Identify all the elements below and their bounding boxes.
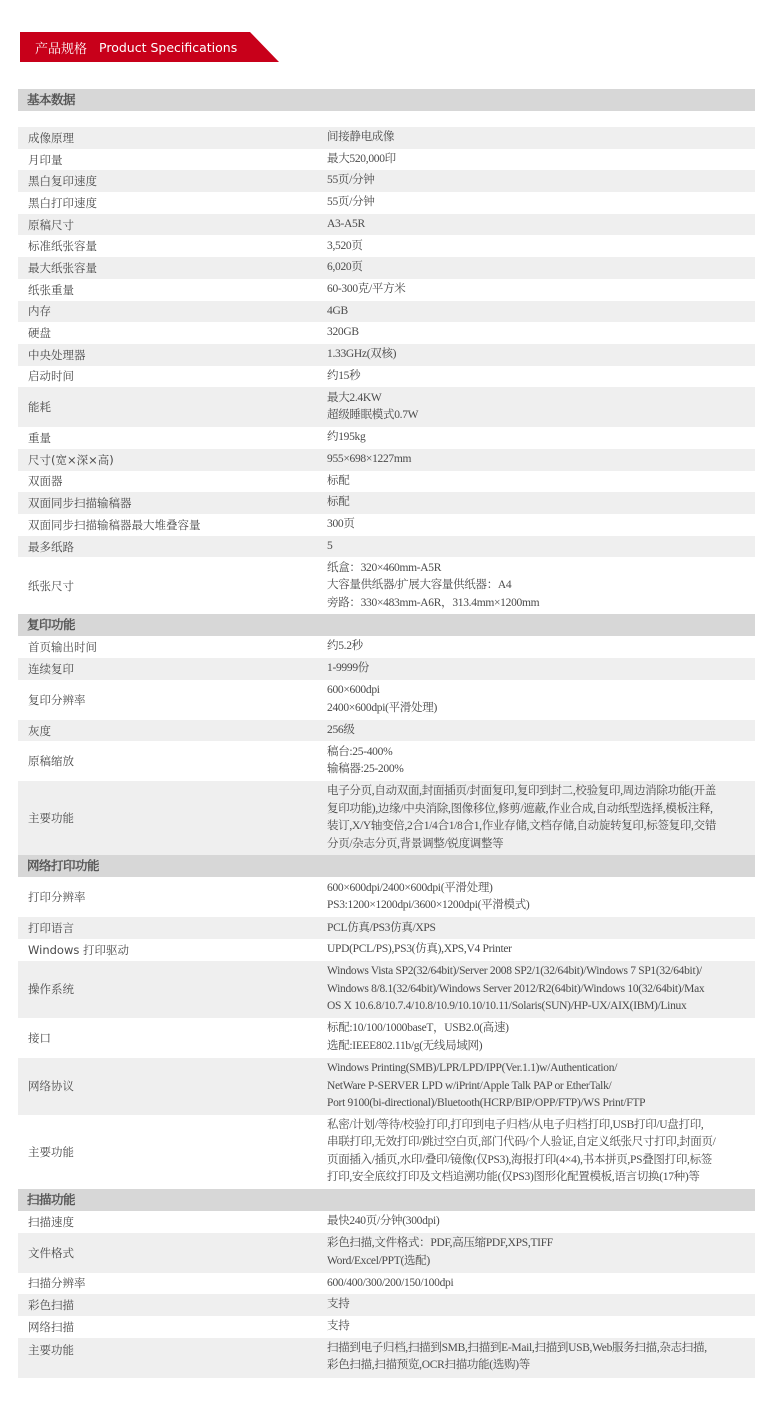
spec-row: 纸张重量60-300克/平方米 (18, 279, 755, 301)
spec-label: 尺寸(宽×深×高) (18, 452, 327, 468)
spec-value-line: 标配:10/100/1000baseT，USB2.0(高速) (327, 1020, 755, 1038)
spec-row: 双面同步扫描输稿器标配 (18, 492, 755, 514)
spec-value-line: 55页/分钟 (327, 194, 755, 212)
spec-value: 1-9999份 (327, 658, 755, 680)
spec-value: PCL仿真/PS3仿真/XPS (327, 918, 755, 940)
spec-value: 标配 (327, 471, 755, 493)
spec-row: 重量约195kg (18, 427, 755, 449)
spec-row: 硬盘320GB (18, 322, 755, 344)
spec-row: 启动时间约15秒 (18, 366, 755, 388)
spec-value: 扫描到电子归档,扫描到SMB,扫描到E-Mail,扫描到USB,Web服务扫描,… (327, 1338, 755, 1377)
spec-label: 接口 (18, 1030, 327, 1046)
spec-label: 内存 (18, 303, 327, 319)
spec-label: 双面同步扫描输稿器最大堆叠容量 (18, 517, 327, 533)
spec-row: 灰度256级 (18, 720, 755, 742)
spec-value-line: 6,020页 (327, 259, 755, 277)
spec-value-line: 支持 (327, 1296, 755, 1314)
spec-value: 4GB (327, 301, 755, 323)
spec-value-line: 5 (327, 538, 755, 556)
spec-label: 灰度 (18, 723, 327, 739)
spec-row: 连续复印1-9999份 (18, 658, 755, 680)
spec-label: 标准纸张容量 (18, 238, 327, 254)
spec-label: 主要功能 (18, 1144, 327, 1160)
spec-label: Windows 打印驱动 (18, 942, 327, 958)
spec-value: 320GB (327, 322, 755, 344)
spec-value-line: 2400×600dpi(平滑处理) (327, 700, 755, 718)
spec-row: 原稿缩放稿台:25-400%输稿器:25-200% (18, 741, 755, 781)
spec-row: 中央处理器1.33GHz(双核) (18, 344, 755, 366)
spec-label: 复印分辨率 (18, 692, 327, 708)
spec-label: 连续复印 (18, 661, 327, 677)
spec-value-line: 约195kg (327, 429, 755, 447)
spec-value: 3,520页 (327, 236, 755, 258)
spec-row: 月印量最大520,000印 (18, 149, 755, 171)
spec-value-line: 55页/分钟 (327, 172, 755, 190)
spec-row: 接口标配:10/100/1000baseT，USB2.0(高速)选配:IEEE8… (18, 1018, 755, 1058)
spec-value-line: 约15秒 (327, 368, 755, 386)
section-header: 扫描功能 (18, 1189, 755, 1211)
section-header: 基本数据 (18, 89, 755, 111)
spec-value-line: 选配:IEEE802.11b/g(无线局域网) (327, 1038, 755, 1056)
spec-value-line: 私密/计划/等待/校验打印,打印到电子归档/从电子归档打印,USB打印/U盘打印… (327, 1117, 755, 1135)
spec-value: 55页/分钟 (327, 192, 755, 214)
spec-value: 稿台:25-400%输稿器:25-200% (327, 742, 755, 781)
spec-value: 约195kg (327, 427, 755, 449)
spec-label: 最多纸路 (18, 539, 327, 555)
spec-value-line: Word/Excel/PPT(选配) (327, 1253, 755, 1271)
spec-value-line: PCL仿真/PS3仿真/XPS (327, 920, 755, 938)
spec-value-line: 复印功能),边缘/中央消除,图像移位,修剪/遮蔽,作业合成,自动纸型选择,模板注… (327, 801, 755, 819)
spec-value-line: 3,520页 (327, 238, 755, 256)
spec-value: 约15秒 (327, 366, 755, 388)
spec-row: 打印分辨率600×600dpi/2400×600dpi(平滑处理)PS3:120… (18, 877, 755, 917)
spec-value: A3-A5R (327, 214, 755, 236)
spec-label: 双面器 (18, 473, 327, 489)
spec-value-line: A3-A5R (327, 216, 755, 234)
spec-value-line: 600×600dpi (327, 682, 755, 700)
spec-value-line: PS3:1200×1200dpi/3600×1200dpi(平滑模式) (327, 897, 755, 915)
spec-label: 首页输出时间 (18, 639, 327, 655)
spec-row: 标准纸张容量3,520页 (18, 235, 755, 257)
spec-row: 双面器标配 (18, 471, 755, 493)
spec-label: 主要功能 (18, 810, 327, 826)
spec-row: 首页输出时间约5.2秒 (18, 636, 755, 658)
spec-row: 扫描速度最快240页/分钟(300dpi) (18, 1211, 755, 1233)
spec-value-line: 955×698×1227mm (327, 451, 755, 469)
spec-value-line: Port 9100(bi-directional)/Bluetooth(HCRP… (327, 1095, 755, 1113)
spec-label: 扫描速度 (18, 1214, 327, 1230)
spec-label: 能耗 (18, 399, 327, 415)
spec-value: 标配:10/100/1000baseT，USB2.0(高速)选配:IEEE802… (327, 1018, 755, 1057)
spec-value: UPD(PCL/PS),PS3(仿真),XPS,V4 Printer (327, 939, 755, 961)
spec-value: 支持 (327, 1294, 755, 1316)
spec-value: Windows Printing(SMB)/LPR/LPD/IPP(Ver.1.… (327, 1058, 755, 1115)
spec-value-line: 纸盒：320×460mm-A5R (327, 560, 755, 578)
spec-label: 最大纸张容量 (18, 260, 327, 276)
spec-label: 打印分辨率 (18, 889, 327, 905)
spec-row: 双面同步扫描输稿器最大堆叠容量300页 (18, 514, 755, 536)
spec-value: 300页 (327, 514, 755, 536)
spec-label: 彩色扫描 (18, 1297, 327, 1313)
spec-value-line: Windows 8/8.1(32/64bit)/Windows Server 2… (327, 981, 755, 999)
spec-value-line: 分页/杂志分页,背景调整/锐度调整等 (327, 836, 755, 854)
spec-value: 600/400/300/200/150/100dpi (327, 1273, 755, 1295)
spec-value: 最快240页/分钟(300dpi) (327, 1211, 755, 1233)
spec-value-line: 彩色扫描,文件格式：PDF,高压缩PDF,XPS,TIFF (327, 1235, 755, 1253)
spec-value-line: 支持 (327, 1318, 755, 1336)
product-specifications-banner: 产品规格 Product Specifications (20, 32, 279, 62)
spec-row: 主要功能私密/计划/等待/校验打印,打印到电子归档/从电子归档打印,USB打印/… (18, 1115, 755, 1189)
spec-row: 扫描分辨率600/400/300/200/150/100dpi (18, 1273, 755, 1295)
spec-label: 双面同步扫描输稿器 (18, 495, 327, 511)
spec-value-line: 串联打印,无效打印/跳过空白页,部门代码/个人验证,自定义纸张尺寸打印,封面页/ (327, 1134, 755, 1152)
spec-value: 约5.2秒 (327, 636, 755, 658)
spec-value: 256级 (327, 720, 755, 742)
spec-label: 中央处理器 (18, 347, 327, 363)
spec-value-line: 标配 (327, 473, 755, 491)
spec-row: 复印分辨率600×600dpi2400×600dpi(平滑处理) (18, 680, 755, 720)
spec-value-line: 彩色扫描,扫描预览,OCR扫描功能(选购)等 (327, 1357, 755, 1375)
spec-value-line: 320GB (327, 324, 755, 342)
spec-value: 标配 (327, 492, 755, 514)
spec-value: 60-300克/平方米 (327, 279, 755, 301)
spec-value-line: 60-300克/平方米 (327, 281, 755, 299)
spec-value-line: Windows Printing(SMB)/LPR/LPD/IPP(Ver.1.… (327, 1060, 755, 1078)
spec-value-line: 打印,安全底纹打印及文档追溯功能(仅PS3)图形化配置模板,语言切换(17种)等 (327, 1169, 755, 1187)
spec-value-line: 大容量供纸器/扩展大容量供纸器：A4 (327, 577, 755, 595)
spec-value: 纸盒：320×460mm-A5R大容量供纸器/扩展大容量供纸器：A4旁路：330… (327, 558, 755, 615)
spec-row: 打印语言PCL仿真/PS3仿真/XPS (18, 917, 755, 939)
spec-value-line: 300页 (327, 516, 755, 534)
spec-label: 打印语言 (18, 920, 327, 936)
spec-label: 纸张尺寸 (18, 578, 327, 594)
spec-row: 彩色扫描支持 (18, 1294, 755, 1316)
spec-row: 黑白复印速度55页/分钟 (18, 170, 755, 192)
spec-value: 955×698×1227mm (327, 449, 755, 471)
spec-value: 彩色扫描,文件格式：PDF,高压缩PDF,XPS,TIFFWord/Excel/… (327, 1233, 755, 1272)
spec-value: 支持 (327, 1316, 755, 1338)
spec-value-line: 最大520,000印 (327, 151, 755, 169)
spec-label: 主要功能 (18, 1338, 327, 1358)
spec-value-line: 标配 (327, 494, 755, 512)
spec-label: 重量 (18, 430, 327, 446)
spec-label: 黑白打印速度 (18, 195, 327, 211)
spec-label: 扫描分辨率 (18, 1275, 327, 1291)
spec-row: 黑白打印速度55页/分钟 (18, 192, 755, 214)
spec-value-line: UPD(PCL/PS),PS3(仿真),XPS,V4 Printer (327, 941, 755, 959)
table-bottom-spacer (18, 1378, 755, 1400)
spec-label: 操作系统 (18, 981, 327, 997)
section-gap (18, 111, 755, 127)
spec-value: 600×600dpi2400×600dpi(平滑处理) (327, 680, 755, 719)
spec-value: 私密/计划/等待/校验打印,打印到电子归档/从电子归档打印,USB打印/U盘打印… (327, 1115, 755, 1189)
spec-value-line: 输稿器:25-200% (327, 761, 755, 779)
spec-value: 55页/分钟 (327, 170, 755, 192)
spec-row: 能耗最大2.4KW超级睡眠模式0.7W (18, 387, 755, 427)
spec-value-line: 页面插入/插页,水印/叠印/镜像(仅PS3),海报打印(4×4),书本拼页,PS… (327, 1152, 755, 1170)
spec-label: 月印量 (18, 152, 327, 168)
spec-value-line: 600×600dpi/2400×600dpi(平滑处理) (327, 880, 755, 898)
spec-value: Windows Vista SP2(32/64bit)/Server 2008 … (327, 961, 755, 1018)
spec-row: 最多纸路5 (18, 536, 755, 558)
spec-value-line: 600/400/300/200/150/100dpi (327, 1275, 755, 1293)
spec-label: 硬盘 (18, 325, 327, 341)
spec-value: 6,020页 (327, 257, 755, 279)
spec-value-line: 旁路：330×483mm-A6R，313.4mm×1200mm (327, 595, 755, 613)
spec-row: 最大纸张容量6,020页 (18, 257, 755, 279)
spec-value-line: 1.33GHz(双核) (327, 346, 755, 364)
spec-label: 启动时间 (18, 368, 327, 384)
spec-row: 操作系统Windows Vista SP2(32/64bit)/Server 2… (18, 961, 755, 1018)
spec-value-line: 间接静电成像 (327, 129, 755, 147)
banner-title-cn: 产品规格 (35, 38, 87, 57)
spec-label: 原稿缩放 (18, 753, 327, 769)
spec-label: 黑白复印速度 (18, 173, 327, 189)
spec-value: 1.33GHz(双核) (327, 344, 755, 366)
spec-value: 600×600dpi/2400×600dpi(平滑处理)PS3:1200×120… (327, 878, 755, 917)
spec-value-line: 扫描到电子归档,扫描到SMB,扫描到E-Mail,扫描到USB,Web服务扫描,… (327, 1340, 755, 1358)
spec-value: 最大520,000印 (327, 149, 755, 171)
section-header: 网络打印功能 (18, 855, 755, 877)
spec-value-line: 装订,X/Y轴变倍,2合1/4合1/8合1,作业存储,文档存储,自动旋转复印,标… (327, 818, 755, 836)
spec-value-line: 256级 (327, 722, 755, 740)
spec-table: 基本数据成像原理间接静电成像月印量最大520,000印黑白复印速度55页/分钟黑… (18, 89, 755, 1400)
spec-label: 原稿尺寸 (18, 217, 327, 233)
spec-value-line: 1-9999份 (327, 660, 755, 678)
spec-value-line: 约5.2秒 (327, 638, 755, 656)
spec-label: 纸张重量 (18, 282, 327, 298)
spec-row: 原稿尺寸A3-A5R (18, 214, 755, 236)
spec-value-line: NetWare P-SERVER LPD w/iPrint/Apple Talk… (327, 1078, 755, 1096)
spec-value: 电子分页,自动双面,封面插页/封面复印,复印到封二,校验复印,周边消除功能(开盖… (327, 781, 755, 855)
spec-row: Windows 打印驱动UPD(PCL/PS),PS3(仿真),XPS,V4 P… (18, 939, 755, 961)
spec-value: 最大2.4KW超级睡眠模式0.7W (327, 388, 755, 427)
spec-value-line: 最快240页/分钟(300dpi) (327, 1213, 755, 1231)
spec-value-line: OS X 10.6.8/10.7.4/10.8/10.9/10.10/10.11… (327, 998, 755, 1016)
spec-row: 纸张尺寸纸盒：320×460mm-A5R大容量供纸器/扩展大容量供纸器：A4旁路… (18, 557, 755, 614)
banner-title-en: Product Specifications (99, 40, 237, 55)
section-header: 复印功能 (18, 614, 755, 636)
spec-value-line: 超级睡眠模式0.7W (327, 407, 755, 425)
spec-row: 网络扫描支持 (18, 1316, 755, 1338)
spec-row: 尺寸(宽×深×高)955×698×1227mm (18, 449, 755, 471)
spec-value-line: 稿台:25-400% (327, 744, 755, 762)
spec-label: 网络扫描 (18, 1319, 327, 1335)
spec-value-line: 4GB (327, 303, 755, 321)
spec-label: 网络协议 (18, 1078, 327, 1094)
spec-value: 5 (327, 536, 755, 558)
spec-value-line: 电子分页,自动双面,封面插页/封面复印,复印到封二,校验复印,周边消除功能(开盖 (327, 783, 755, 801)
spec-row: 成像原理间接静电成像 (18, 127, 755, 149)
spec-value-line: 最大2.4KW (327, 390, 755, 408)
spec-row: 网络协议Windows Printing(SMB)/LPR/LPD/IPP(Ve… (18, 1058, 755, 1115)
spec-label: 成像原理 (18, 130, 327, 146)
spec-value: 间接静电成像 (327, 127, 755, 149)
spec-row: 文件格式彩色扫描,文件格式：PDF,高压缩PDF,XPS,TIFFWord/Ex… (18, 1233, 755, 1273)
spec-row: 主要功能电子分页,自动双面,封面插页/封面复印,复印到封二,校验复印,周边消除功… (18, 781, 755, 855)
spec-row: 主要功能扫描到电子归档,扫描到SMB,扫描到E-Mail,扫描到USB,Web服… (18, 1338, 755, 1378)
spec-value-line: Windows Vista SP2(32/64bit)/Server 2008 … (327, 963, 755, 981)
spec-label: 文件格式 (18, 1245, 327, 1261)
spec-row: 内存4GB (18, 301, 755, 323)
